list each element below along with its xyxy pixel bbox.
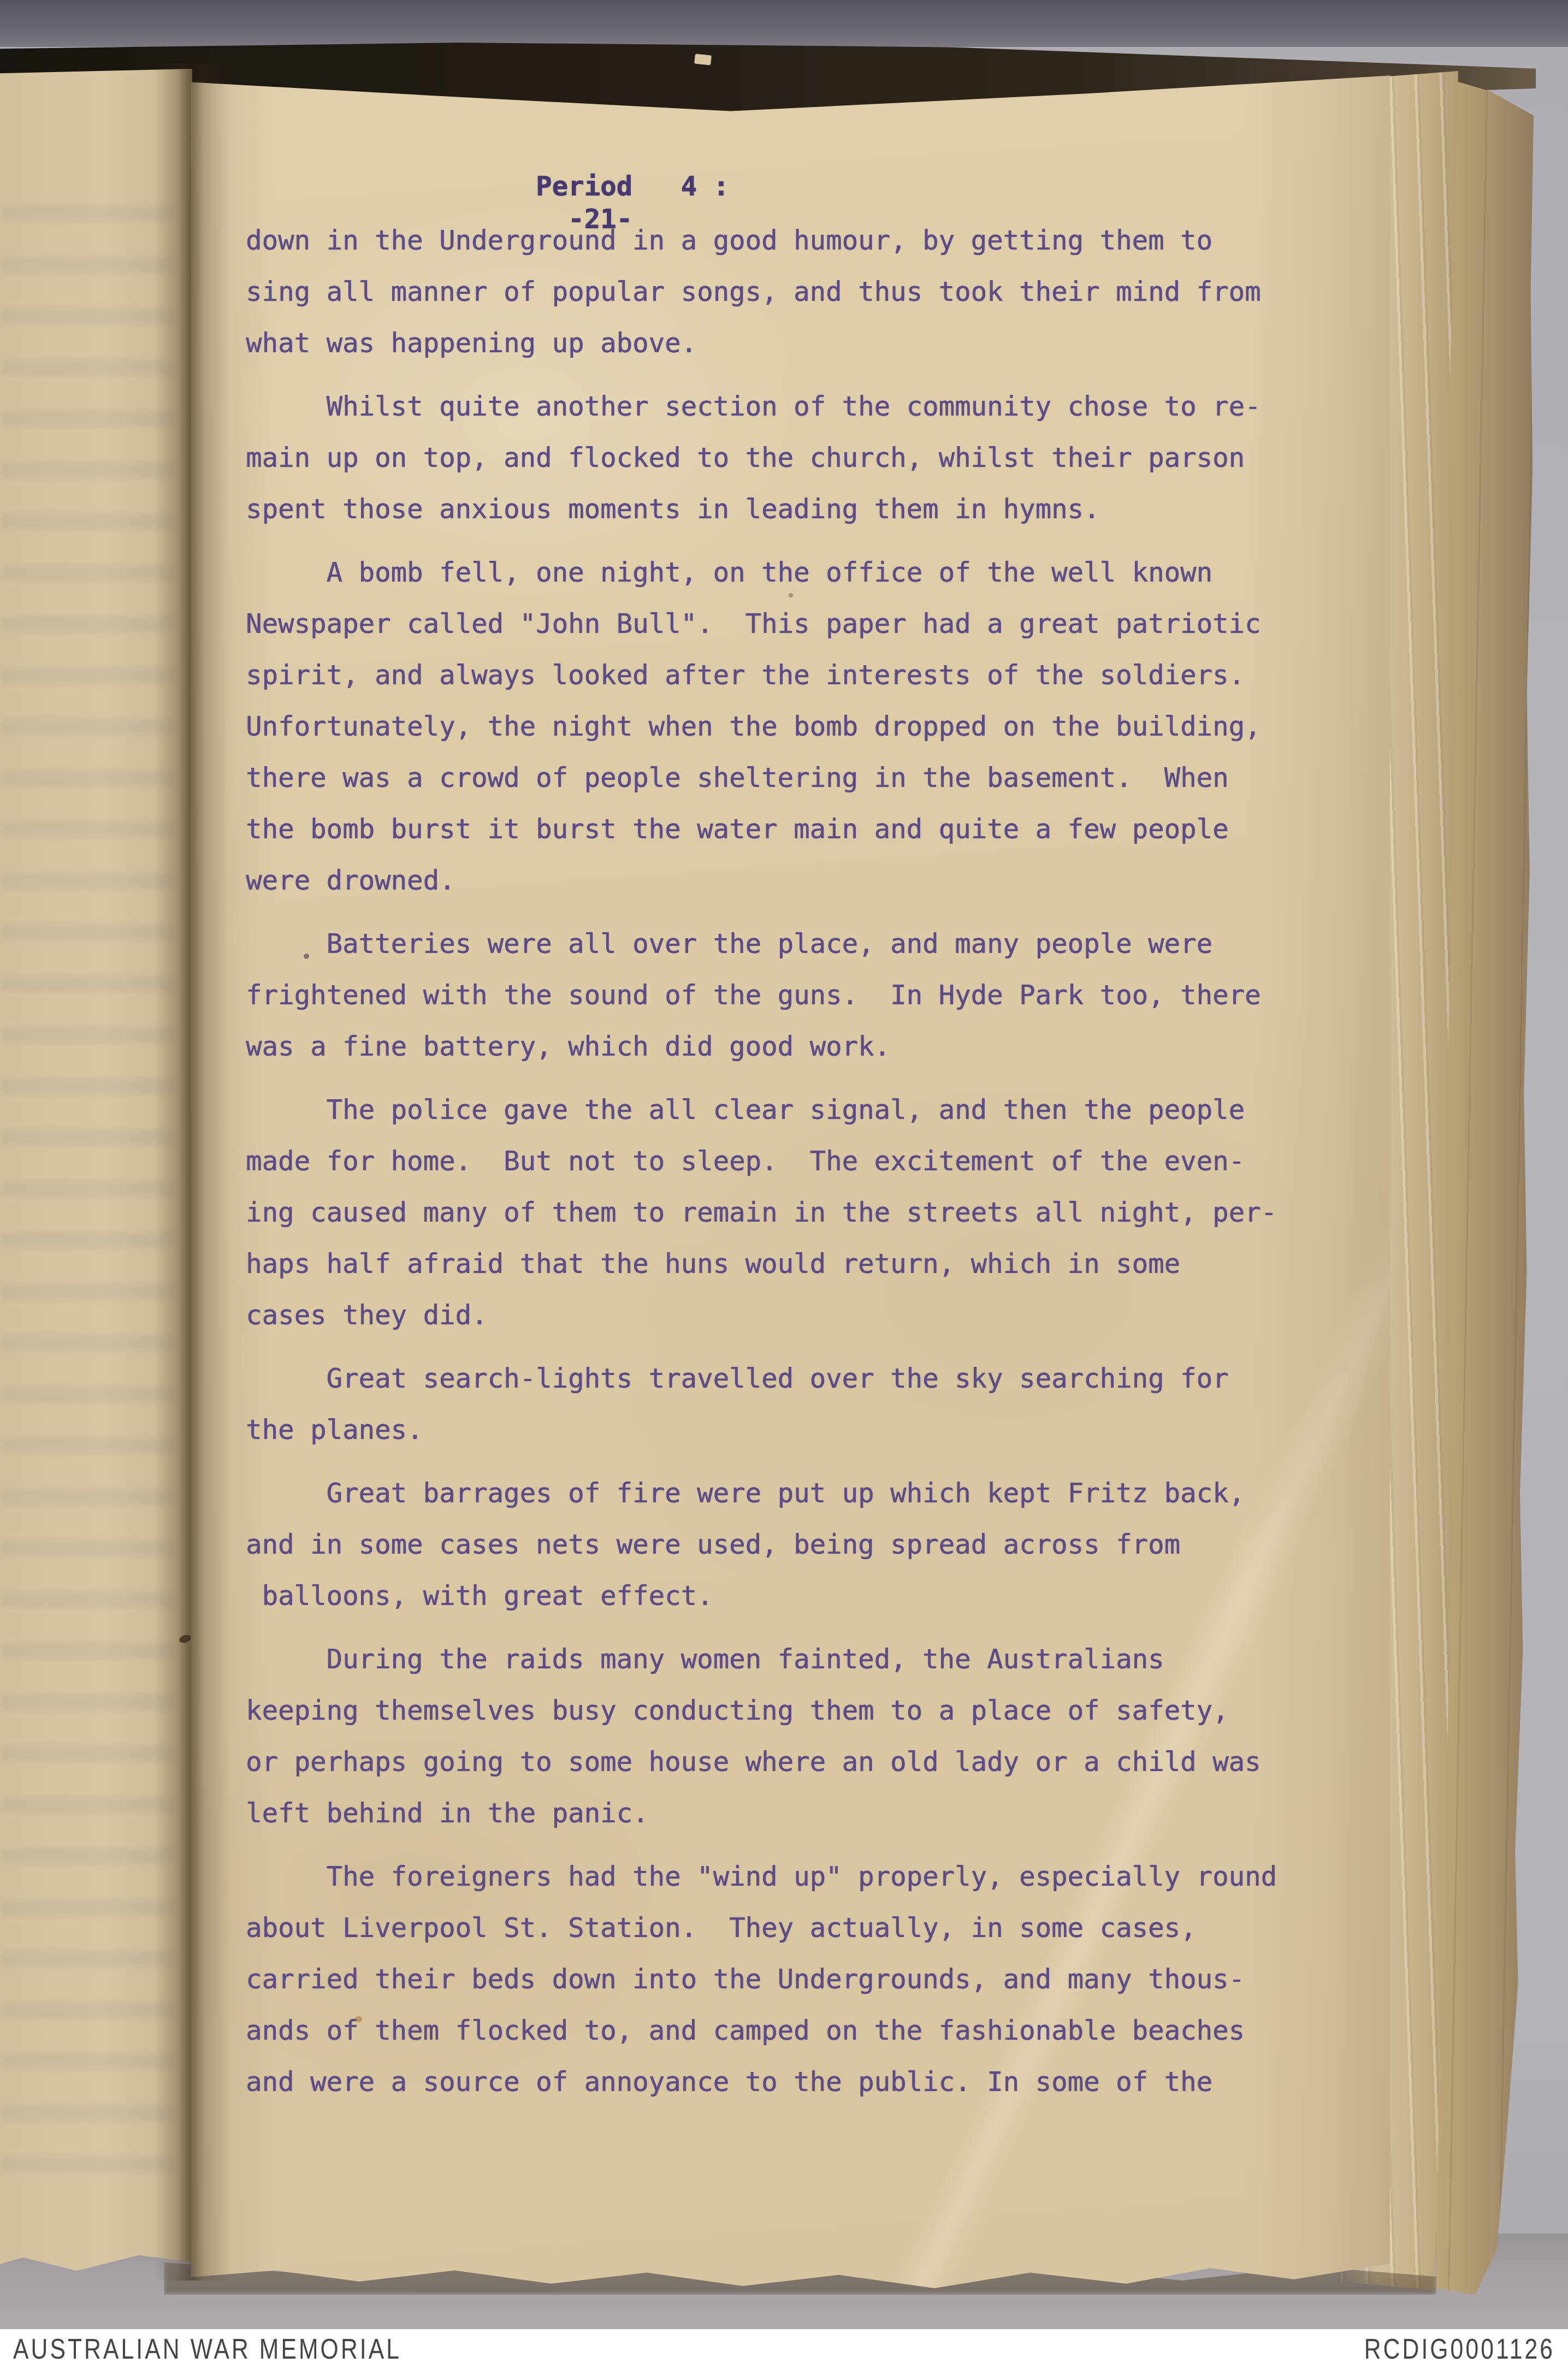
gutter-shadow [154, 63, 230, 2281]
paragraph-8: During the raids many women fainted, the… [246, 1634, 1398, 1839]
paragraph-6: Great search-lights travelled over the s… [246, 1353, 1398, 1456]
rust-speck [355, 2016, 362, 2022]
paragraph-5: The police gave the all clear signal, an… [246, 1085, 1398, 1341]
paragraph-4: Batteries were all over the place, and m… [246, 919, 1398, 1073]
typewritten-text: down in the Underground in a good humour… [246, 215, 1398, 2108]
paragraph-3: A bomb fell, one night, on the office of… [246, 547, 1398, 907]
archive-name-label: AUSTRALIAN WAR MEMORIAL [13, 2333, 401, 2366]
paper-notch [694, 54, 712, 65]
paragraph-9: The foreigners had the "wind up" properl… [246, 1851, 1398, 2108]
paragraph-7: Great barrages of fire were put up which… [246, 1468, 1398, 1622]
catalogue-footer-bar: AUSTRALIAN WAR MEMORIAL RCDIG0001126 [0, 2329, 1568, 2369]
paragraph-2: Whilst quite another section of the comm… [246, 381, 1398, 535]
scanned-document-page: Period 4 : -21- down in the Underground … [0, 0, 1568, 2369]
paper-speck [789, 593, 793, 597]
record-id-label: RCDIG0001126 [1364, 2333, 1555, 2366]
paragraph-1: down in the Underground in a good humour… [246, 215, 1398, 369]
page-edge-stack [1436, 71, 1534, 2295]
ink-speck [304, 953, 309, 959]
scan-background-top [0, 0, 1568, 47]
